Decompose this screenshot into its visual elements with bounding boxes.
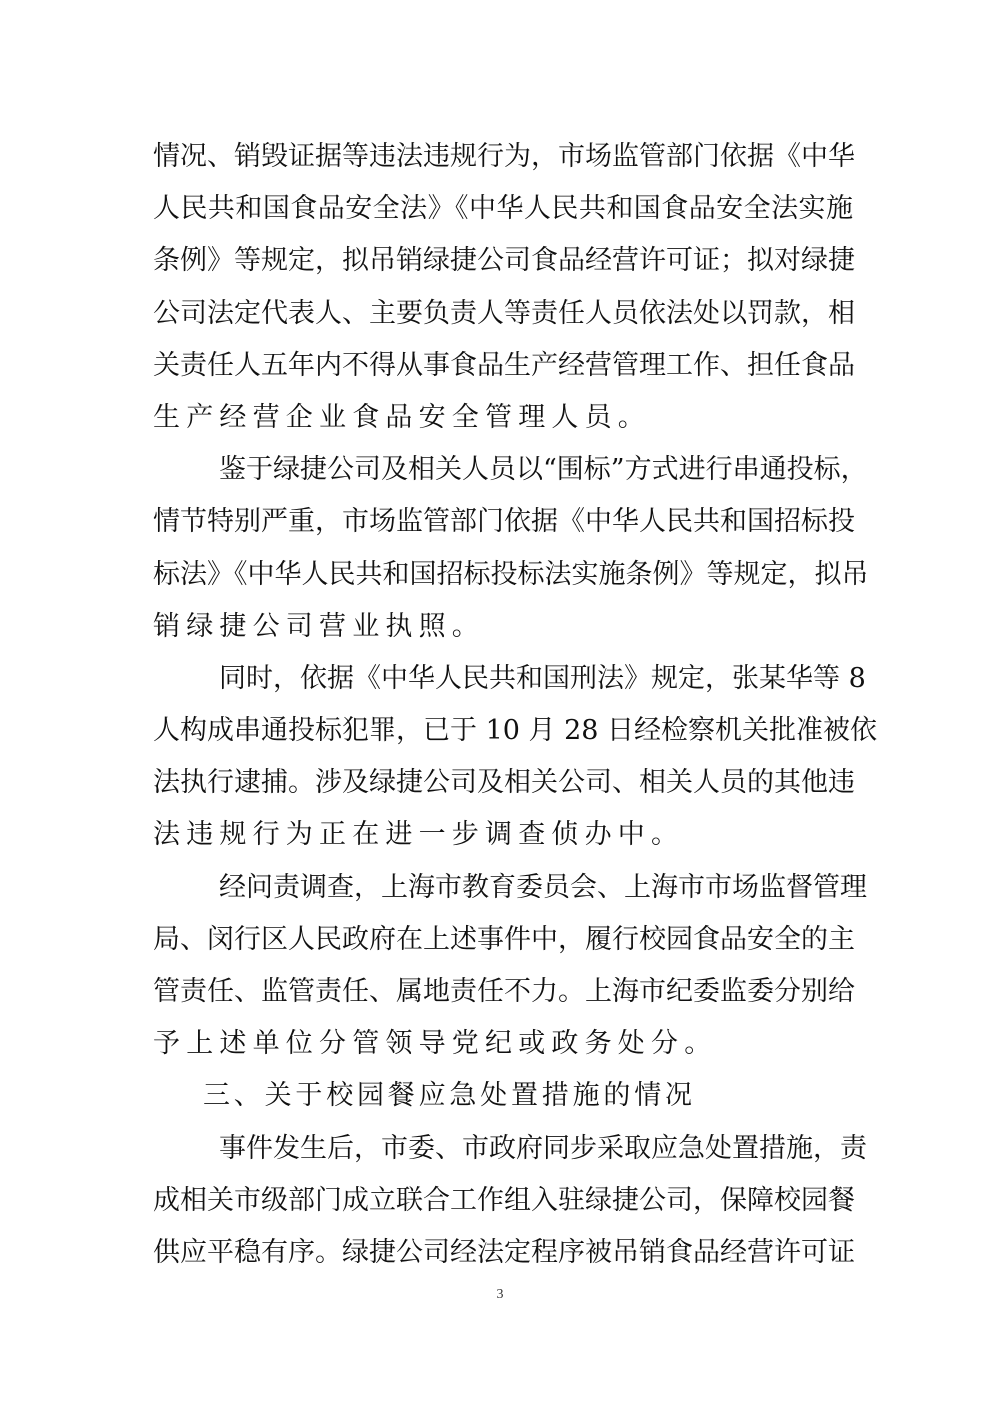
- text-line: 生产经营企业食品安全管理人员。: [153, 392, 853, 444]
- text-line: 情况、销毁证据等违法违规行为，市场监管部门依据《中华: [153, 131, 853, 183]
- document-body: 情况、销毁证据等违法违规行为，市场监管部门依据《中华 人民共和国食品安全法》《中…: [153, 131, 853, 1279]
- text-line: 人构成串通投标犯罪，已于 10 月 28 日经检察机关批准被依: [153, 705, 853, 757]
- text-line: 供应平稳有序。绿捷公司经法定程序被吊销食品经营许可证: [153, 1227, 853, 1279]
- text-line: 成相关市级部门成立联合工作组入驻绿捷公司，保障校园餐: [153, 1175, 853, 1227]
- section-heading: 三、关于校园餐应急处置措施的情况: [153, 1070, 853, 1122]
- page-number: 3: [0, 1287, 1000, 1303]
- text-line: 局、闵行区人民政府在上述事件中，履行校园食品安全的主: [153, 914, 853, 966]
- text-line: 管责任、监管责任、属地责任不力。上海市纪委监委分别给: [153, 966, 853, 1018]
- paragraph-start-line: 同时，依据《中华人民共和国刑法》规定，张某华等 8: [153, 653, 853, 705]
- text-line: 予上述单位分管领导党纪或政务处分。: [153, 1018, 853, 1070]
- paragraph-start-line: 经问责调查，上海市教育委员会、上海市市场监督管理: [153, 862, 853, 914]
- text-line: 关责任人五年内不得从事食品生产经营管理工作、担任食品: [153, 340, 853, 392]
- text-line: 情节特别严重，市场监管部门依据《中华人民共和国招标投: [153, 496, 853, 548]
- text-line: 人民共和国食品安全法》《中华人民共和国食品安全法实施: [153, 183, 853, 235]
- paragraph-start-line: 鉴于绿捷公司及相关人员以“围标”方式进行串通投标，: [153, 444, 853, 496]
- text-line: 公司法定代表人、主要负责人等责任人员依法处以罚款，相: [153, 288, 853, 340]
- text-line: 标法》《中华人民共和国招标投标法实施条例》等规定，拟吊: [153, 549, 853, 601]
- paragraph-start-line: 事件发生后，市委、市政府同步采取应急处置措施，责: [153, 1123, 853, 1175]
- text-line: 条例》等规定，拟吊销绿捷公司食品经营许可证；拟对绿捷: [153, 235, 853, 287]
- text-line: 法违规行为正在进一步调查侦办中。: [153, 809, 853, 861]
- document-page: 情况、销毁证据等违法违规行为，市场监管部门依据《中华 人民共和国食品安全法》《中…: [0, 0, 1000, 1414]
- text-line: 法执行逮捕。涉及绿捷公司及相关公司、相关人员的其他违: [153, 757, 853, 809]
- text-line: 销绿捷公司营业执照。: [153, 601, 853, 653]
